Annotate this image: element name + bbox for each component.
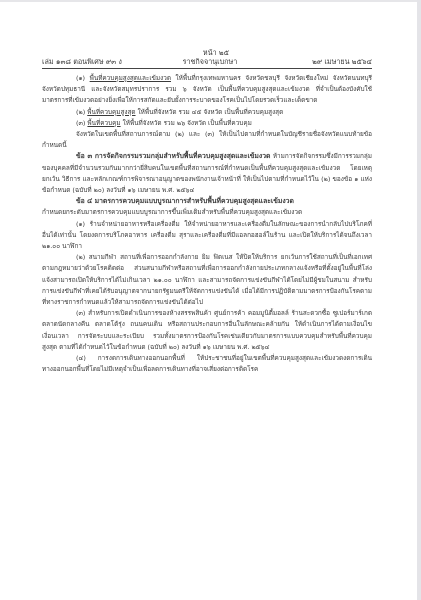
paragraph-text: ให้พื้นที่จังหวัด รวม ๔๕ จังหวัด เป็นพื้… <box>136 108 284 116</box>
paragraph-zone-2: (๒) พื้นที่ควบคุมสูงสุด ให้พื้นที่จังหวั… <box>42 107 372 118</box>
section-title: ข้อ ๓ การจัดกิจกรรมรวมกลุ่มสำหรับพื้นที่… <box>76 152 270 160</box>
zone-term: พื้นที่ควบคุมสูงสุด <box>87 108 135 116</box>
scrollbar[interactable] <box>417 0 421 600</box>
item-number: (๒) <box>76 108 85 116</box>
section-3: ข้อ ๓ การจัดกิจกรรมรวมกลุ่มสำหรับพื้นที่… <box>42 151 372 196</box>
zone-term: พื้นที่ควบคุม <box>87 119 120 127</box>
publication-name: ราชกิจจานุเบกษา <box>183 57 238 67</box>
zone-term: พื้นที่ควบคุมสูงสุดและเข้มงวด <box>90 74 171 82</box>
page-number: หน้า ๒๕ <box>60 48 372 57</box>
section-4-intro: กำหนดยกระดับมาตรการควบคุมแบบบูรณาการขึ้น… <box>42 207 372 218</box>
section-4-item-3: (๓) สำหรับการเปิดดำเนินการของห้างสรรพสิน… <box>42 308 372 353</box>
window-top-border <box>0 0 421 2</box>
gazette-header: เล่ม ๑๓๘ ตอนพิเศษ ๙๓ ง ราชกิจจานุเบกษา ๒… <box>42 57 372 69</box>
paragraph-text: ให้พื้นที่จังหวัด รวม ๒๖ จังหวัด เป็นพื้… <box>121 119 252 127</box>
paragraph-zone-1: (๑) พื้นที่ควบคุมสูงสุดและเข้มงวด ให้พื้… <box>42 73 372 107</box>
document-page: หน้า ๒๕ เล่ม ๑๓๘ ตอนพิเศษ ๙๓ ง ราชกิจจาน… <box>42 48 372 375</box>
document-body: (๑) พื้นที่ควบคุมสูงสุดและเข้มงวด ให้พื้… <box>42 73 372 375</box>
section-4-title: ข้อ ๔ มาตรการควบคุมแบบบูรณาการสำหรับพื้น… <box>42 196 372 207</box>
section-4-item-2: (๒) สนามกีฬา สถานที่เพื่อการออกกำลังกาย … <box>42 252 372 308</box>
publication-date: ๒๙ เมษายน ๒๕๖๔ <box>312 57 372 67</box>
item-number: (๑) <box>76 74 85 82</box>
paragraph-zone-3: (๓) พื้นที่ควบคุม ให้พื้นที่จังหวัด รวม … <box>42 118 372 129</box>
paragraph-province-list: จังหวัดในเขตพื้นที่สถานการณ์ตาม (๒) และ … <box>42 129 372 151</box>
section-4-item-4: (๔) การงดการเดินทางออกนอกพื้นที่ ให้ประช… <box>42 353 372 375</box>
item-number: (๓) <box>76 119 85 127</box>
section-title: ข้อ ๔ มาตรการควบคุมแบบบูรณาการสำหรับพื้น… <box>76 197 294 205</box>
section-4-item-1: (๑) ร้านจำหน่ายอาหารหรือเครื่องดื่ม ให้จ… <box>42 219 372 253</box>
volume-issue: เล่ม ๑๓๘ ตอนพิเศษ ๙๓ ง <box>42 57 122 67</box>
